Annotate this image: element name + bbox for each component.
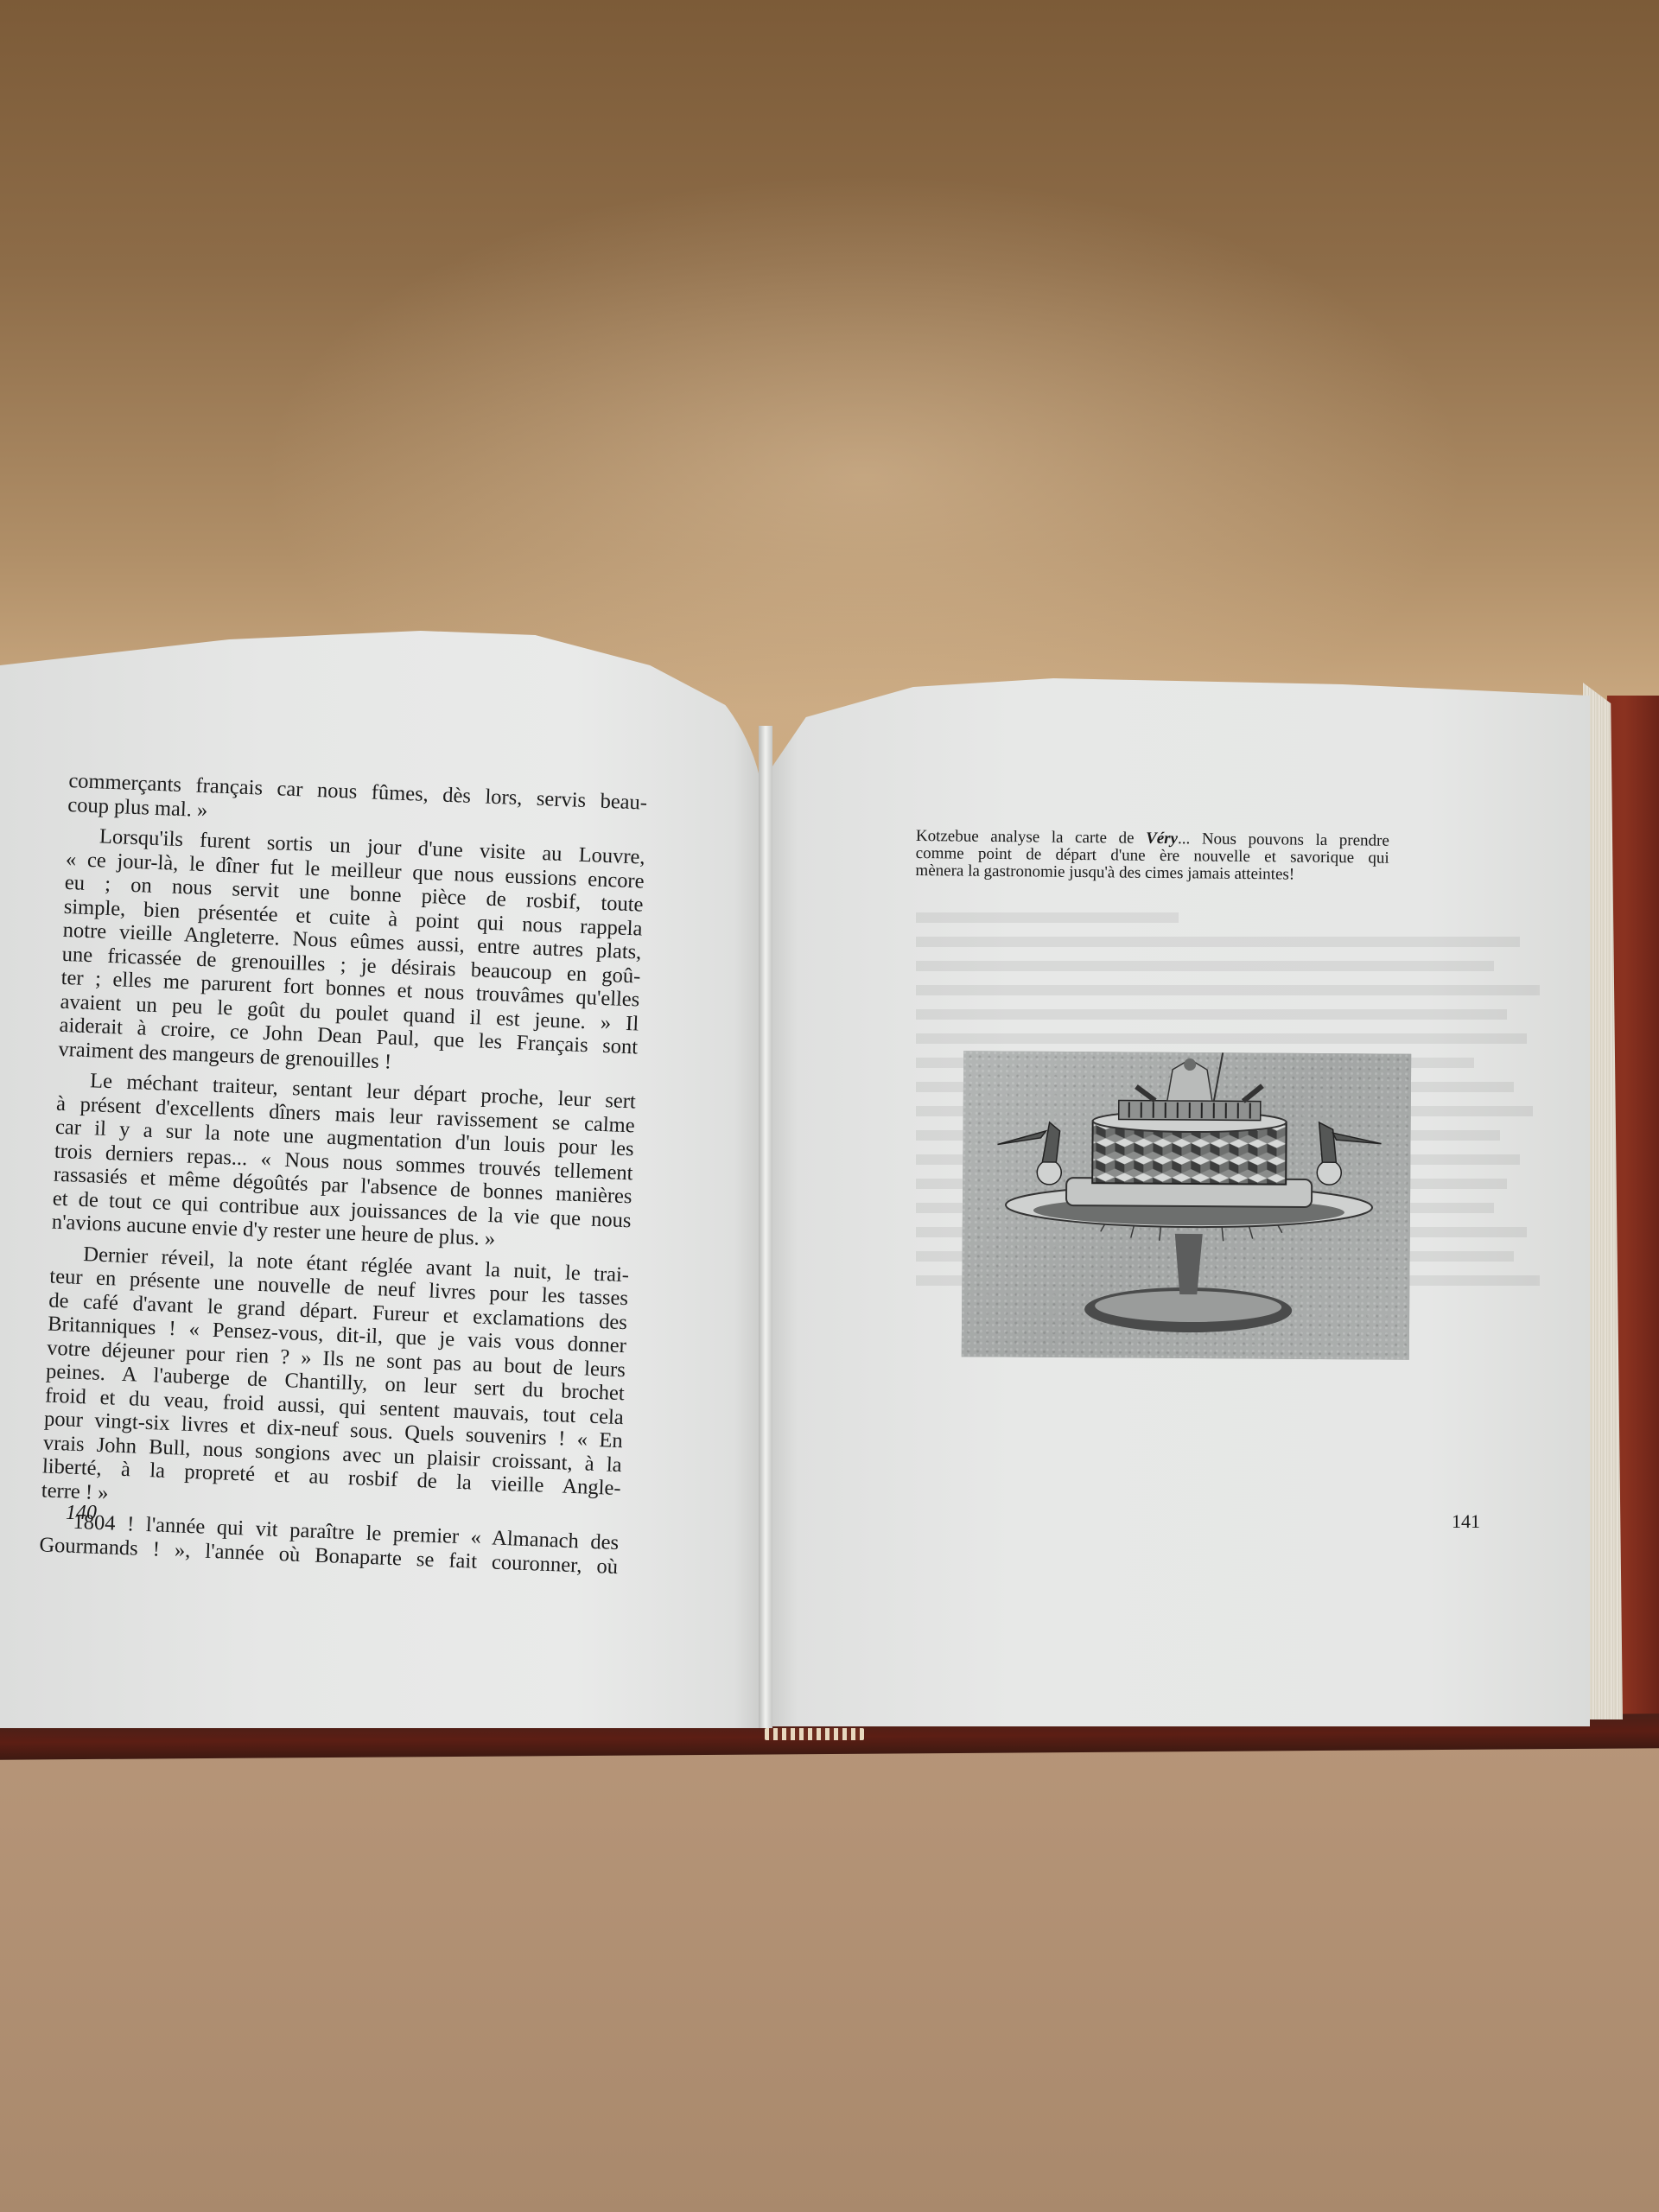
page-number-right: 141 <box>1452 1510 1480 1533</box>
paragraph: Dernier réveil, la note étant réglée ava… <box>41 1241 629 1524</box>
paragraph: Lorsqu'ils furent sortis un jour d'une v… <box>58 823 645 1084</box>
paragraph: Le méchant traiteur, sentant leur départ… <box>51 1068 636 1256</box>
book-gutter <box>759 726 772 1728</box>
illustration-caption: Kotzebue analyse la carte de Véry... Nou… <box>915 828 1389 885</box>
caption-italic-name: Véry <box>1146 829 1178 848</box>
page-number-left: 140 <box>66 1502 97 1525</box>
piece-montee-icon <box>962 1051 1411 1360</box>
spine-headband <box>765 1728 864 1740</box>
cake-engraving-illustration <box>962 1051 1411 1360</box>
left-page-text: commerçants français car nous fûmes, dès… <box>39 769 648 1586</box>
